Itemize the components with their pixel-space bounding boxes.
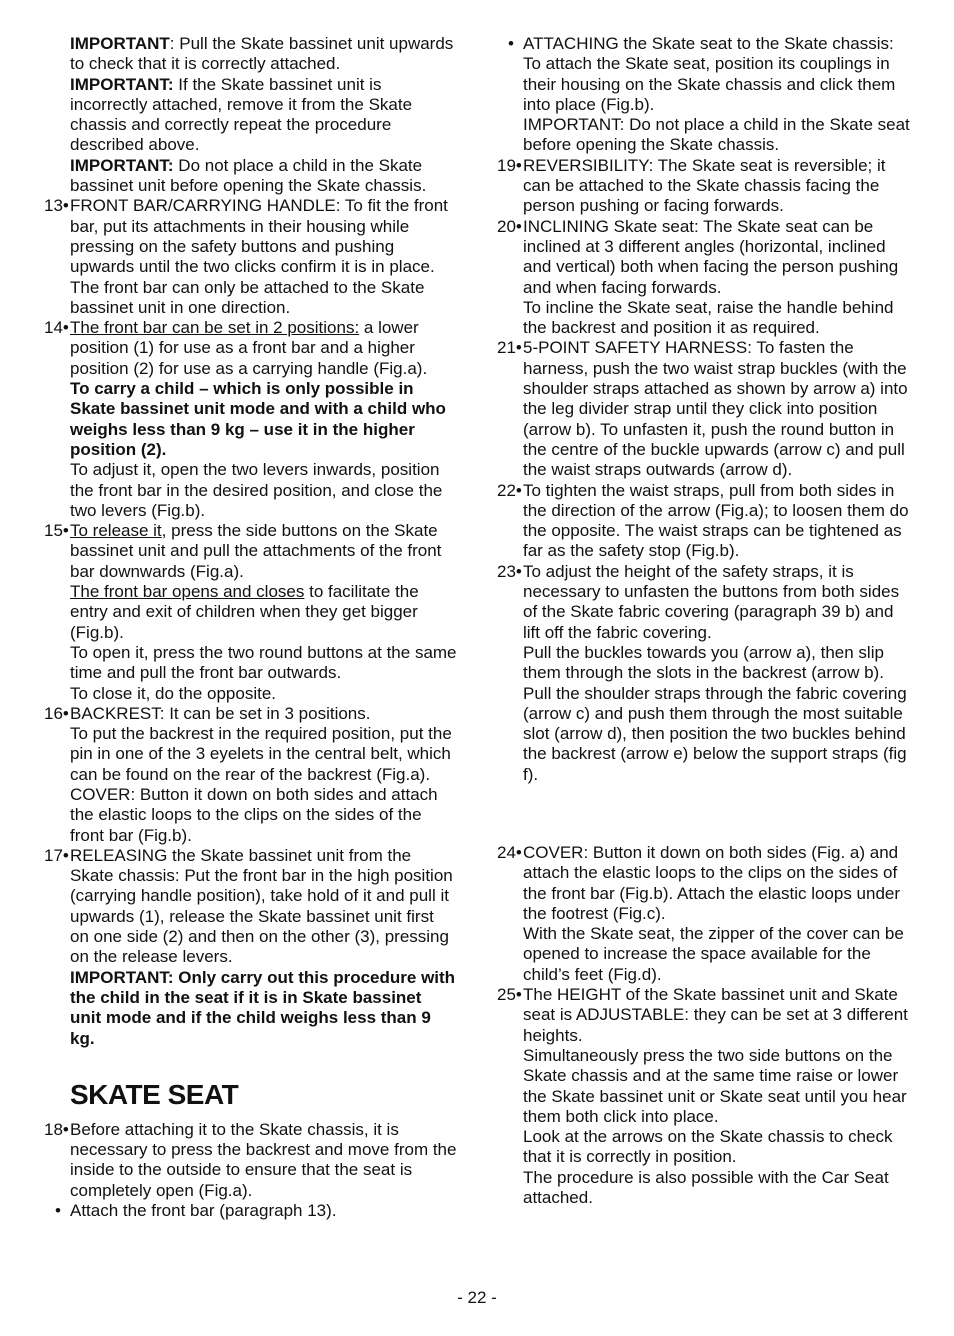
item-body: The front bar can be set in 2 positions:… (70, 318, 457, 521)
paragraph-important-notes: IMPORTANT: Pull the Skate bassinet unit … (44, 34, 457, 196)
paragraph: To incline the Skate seat, raise the han… (523, 298, 910, 339)
item-number: 15• (44, 521, 70, 704)
paragraph: IMPORTANT: If the Skate bassinet unit is… (70, 75, 457, 156)
item-body: FRONT BAR/CARRYING HANDLE: To fit the fr… (70, 196, 457, 318)
item-body: BACKREST: It can be set in 3 positions. … (70, 704, 457, 846)
instruction-item-14: 14• The front bar can be set in 2 positi… (44, 318, 457, 521)
paragraph: BACKREST: It can be set in 3 positions. (70, 704, 457, 724)
bullet-marker: • (44, 1201, 70, 1221)
item-number: 21• (497, 338, 523, 480)
paragraph: REVERSIBILITY: The Skate seat is reversi… (523, 156, 910, 217)
page-number: - 22 - (0, 1288, 954, 1308)
item-body: Attach the front bar (paragraph 13). (70, 1201, 457, 1221)
paragraph: FRONT BAR/CARRYING HANDLE: To fit the fr… (70, 196, 457, 318)
item-body: ATTACHING the Skate seat to the Skate ch… (523, 34, 910, 156)
paragraph: IMPORTANT: Do not place a child in the S… (70, 156, 457, 197)
instruction-item-23: 23• To adjust the height of the safety s… (497, 562, 910, 785)
paragraph: INCLINING Skate seat: The Skate seat can… (523, 217, 910, 298)
item-body: REVERSIBILITY: The Skate seat is reversi… (523, 156, 910, 217)
item-number: 13• (44, 196, 70, 318)
instruction-item-20: 20• INCLINING Skate seat: The Skate seat… (497, 217, 910, 339)
paragraph: 5-POINT SAFETY HARNESS: To fasten the ha… (523, 338, 910, 480)
paragraph: IMPORTANT: Do not place a child in the S… (523, 115, 910, 156)
paragraph: With the Skate seat, the zipper of the c… (523, 924, 910, 985)
paragraph: Pull the buckles towards you (arrow a), … (523, 643, 910, 785)
paragraph: The HEIGHT of the Skate bassinet unit an… (523, 985, 910, 1046)
item-number: 19• (497, 156, 523, 217)
paragraph: Before attaching it to the Skate chassis… (70, 1120, 457, 1201)
paragraph: To adjust the height of the safety strap… (523, 562, 910, 643)
item-number: 17• (44, 846, 70, 1049)
item-number: 20• (497, 217, 523, 339)
paragraph: Look at the arrows on the Skate chassis … (523, 1127, 910, 1168)
paragraph: The procedure is also possible with the … (523, 1168, 910, 1209)
item-number: 24• (497, 843, 523, 985)
item-body: RELEASING the Skate bassinet unit from t… (70, 846, 457, 1049)
instruction-item-21: 21• 5-POINT SAFETY HARNESS: To fasten th… (497, 338, 910, 480)
instruction-item-22: 22• To tighten the waist straps, pull fr… (497, 481, 910, 562)
paragraph: To tighten the waist straps, pull from b… (523, 481, 910, 562)
two-column-layout: IMPORTANT: Pull the Skate bassinet unit … (44, 34, 910, 1221)
bullet-item-attaching-skate-seat: • ATTACHING the Skate seat to the Skate … (497, 34, 910, 156)
paragraph: ATTACHING the Skate seat to the Skate ch… (523, 34, 910, 115)
instruction-item-24: 24• COVER: Button it down on both sides … (497, 843, 910, 985)
instruction-item-13: 13• FRONT BAR/CARRYING HANDLE: To fit th… (44, 196, 457, 318)
item-number: 25• (497, 985, 523, 1208)
paragraph: To open it, press the two round buttons … (70, 643, 457, 684)
paragraph: IMPORTANT: Pull the Skate bassinet unit … (70, 34, 457, 75)
item-body: The HEIGHT of the Skate bassinet unit an… (523, 985, 910, 1208)
item-body: 5-POINT SAFETY HARNESS: To fasten the ha… (523, 338, 910, 480)
instruction-item-19: 19• REVERSIBILITY: The Skate seat is rev… (497, 156, 910, 217)
paragraph: IMPORTANT: Only carry out this procedure… (70, 968, 457, 1049)
paragraph: Simultaneously press the two side button… (523, 1046, 910, 1127)
paragraph: COVER: Button it down on both sides and … (70, 785, 457, 846)
instruction-item-17: 17• RELEASING the Skate bassinet unit fr… (44, 846, 457, 1049)
bullet-item-attach-front-bar: • Attach the front bar (paragraph 13). (44, 1201, 457, 1221)
item-number: 23• (497, 562, 523, 785)
section-title-skate-seat: SKATE SEAT (70, 1080, 457, 1111)
paragraph: COVER: Button it down on both sides (Fig… (523, 843, 910, 924)
item-body: INCLINING Skate seat: The Skate seat can… (523, 217, 910, 339)
column-gap-spacer (497, 785, 910, 843)
paragraph: The front bar can be set in 2 positions:… (70, 318, 457, 379)
manual-page: IMPORTANT: Pull the Skate bassinet unit … (0, 0, 954, 1221)
left-column: IMPORTANT: Pull the Skate bassinet unit … (44, 34, 457, 1221)
item-body: Before attaching it to the Skate chassis… (70, 1120, 457, 1201)
item-body: IMPORTANT: Pull the Skate bassinet unit … (70, 34, 457, 196)
item-body: To tighten the waist straps, pull from b… (523, 481, 910, 562)
paragraph: RELEASING the Skate bassinet unit from t… (70, 846, 457, 968)
paragraph: To carry a child – which is only possibl… (70, 379, 457, 460)
instruction-item-16: 16• BACKREST: It can be set in 3 positio… (44, 704, 457, 846)
instruction-item-25: 25• The HEIGHT of the Skate bassinet uni… (497, 985, 910, 1208)
right-column: • ATTACHING the Skate seat to the Skate … (497, 34, 910, 1221)
paragraph: To adjust it, open the two levers inward… (70, 460, 457, 521)
item-body: To release it, press the side buttons on… (70, 521, 457, 704)
paragraph: Attach the front bar (paragraph 13). (70, 1201, 457, 1221)
paragraph: To release it, press the side buttons on… (70, 521, 457, 582)
item-body: To adjust the height of the safety strap… (523, 562, 910, 785)
instruction-item-15: 15• To release it, press the side button… (44, 521, 457, 704)
item-number: 14• (44, 318, 70, 521)
paragraph: To close it, do the opposite. (70, 684, 457, 704)
item-number: 16• (44, 704, 70, 846)
item-body: COVER: Button it down on both sides (Fig… (523, 843, 910, 985)
paragraph: To put the backrest in the required posi… (70, 724, 457, 785)
paragraph: The front bar opens and closes to facili… (70, 582, 457, 643)
item-number: 22• (497, 481, 523, 562)
bullet-marker: • (497, 34, 523, 156)
item-marker (44, 34, 70, 196)
item-number: 18• (44, 1120, 70, 1201)
instruction-item-18: 18• Before attaching it to the Skate cha… (44, 1120, 457, 1201)
